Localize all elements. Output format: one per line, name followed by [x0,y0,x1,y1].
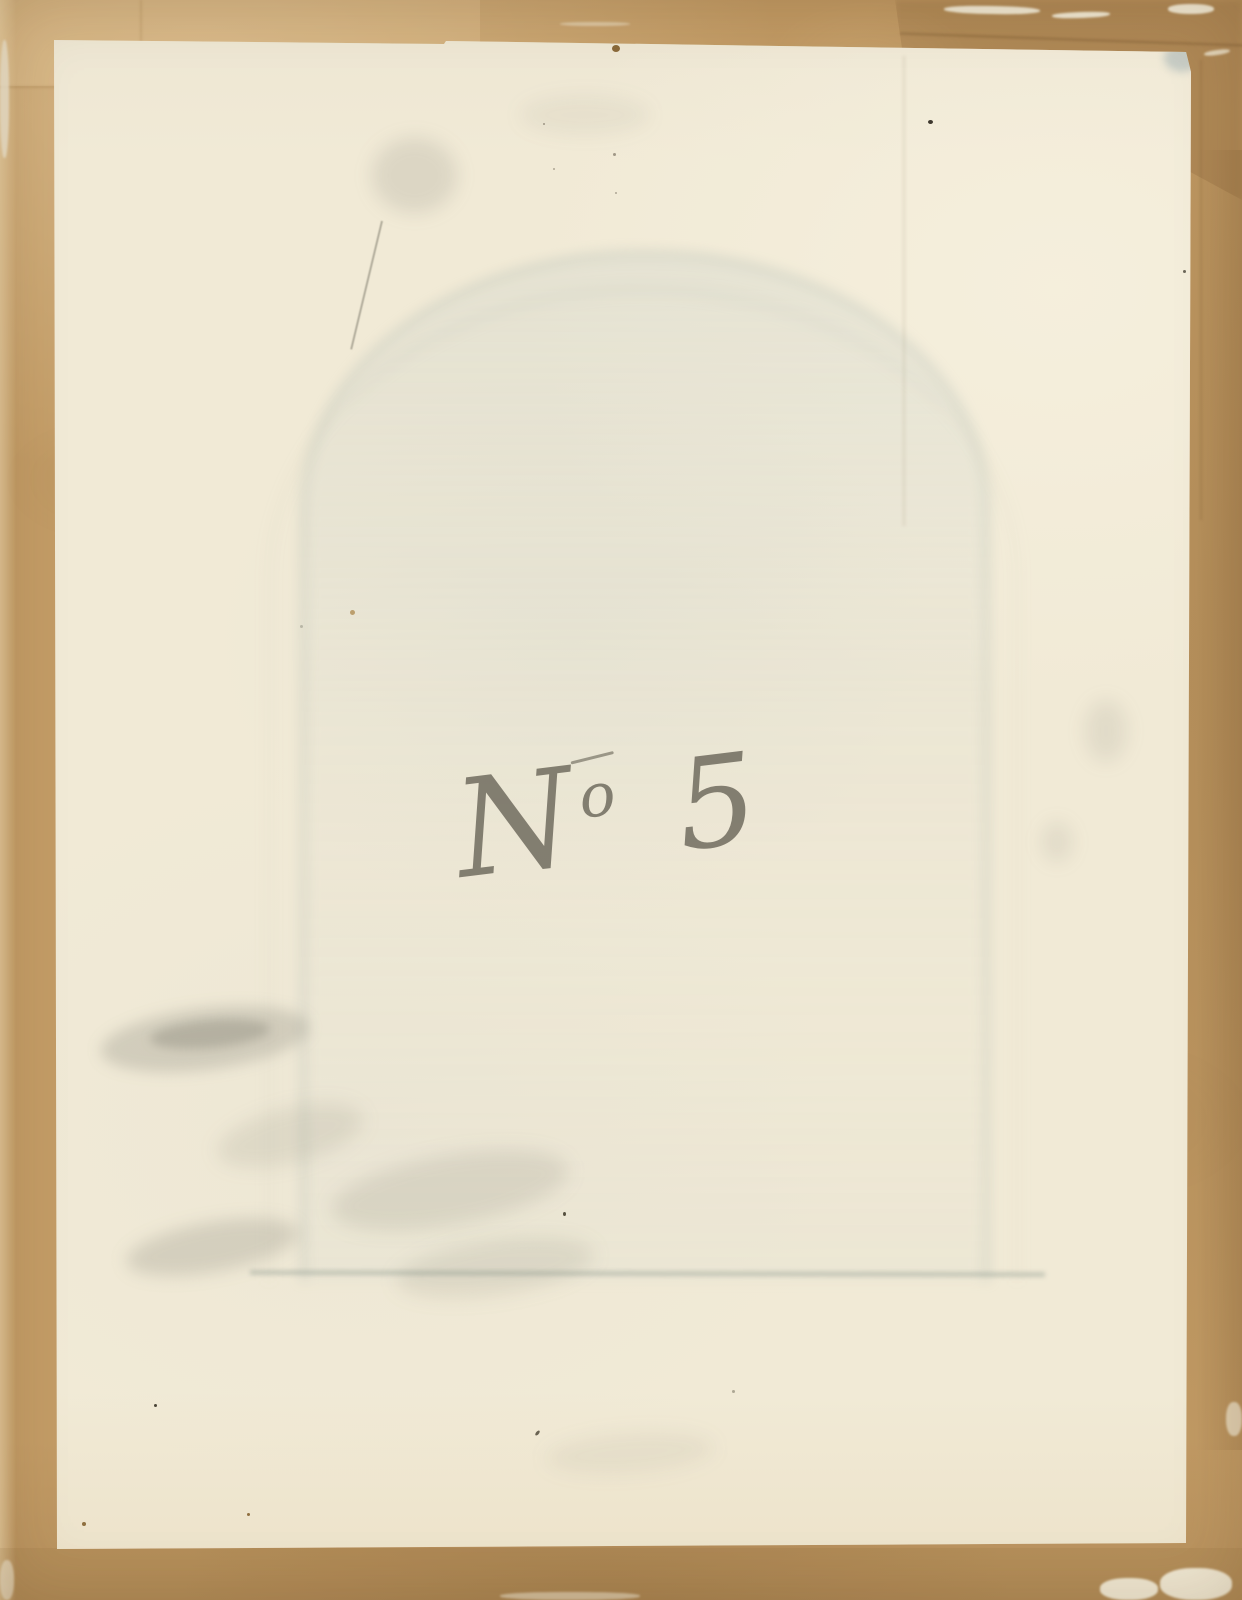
graphite-smudge [520,95,650,135]
paper-speck [300,625,303,628]
scanned-print-verso: No5 [0,0,1242,1600]
edge-tear [944,5,1040,15]
edge-tear [1204,48,1230,57]
foxing-spot [82,1522,86,1526]
board-seam [1200,60,1202,520]
board-shading-bottom [0,1548,1242,1600]
paper-speck [553,168,555,170]
paper-speck [612,45,620,52]
edge-tear [500,1592,640,1600]
paper-speck [613,153,616,156]
graphite-smudge [1085,700,1127,762]
paper-speck [154,1404,157,1407]
paper-speck [732,1390,735,1393]
inscription-prefix: N [447,739,583,909]
paper-speck [563,1212,566,1216]
paper-speck [534,1430,540,1437]
foxing-spot [350,610,355,615]
edge-tear [1226,1402,1242,1436]
graphite-smudge [372,138,457,213]
graphite-smudge [1042,822,1072,862]
edge-tear [560,22,630,26]
foxing-spot [247,1513,250,1516]
edge-tear [1160,1568,1232,1600]
paper-speck [1183,270,1186,273]
edge-tear [1052,11,1110,19]
paper-speck [615,192,617,194]
board-shading-right [1196,150,1242,1450]
pencil-stroke [350,221,383,350]
board-seam [900,32,1242,47]
inscription-ordinal-group: o [576,764,619,828]
paper-sheet: No5 [0,0,1242,1600]
inscription-ordinal: o [575,759,619,833]
edge-tear [1168,4,1214,14]
paper-speck [928,120,933,124]
paper-crease [903,56,905,526]
board-light-edge [0,0,16,1600]
edge-tear [0,1560,14,1600]
edge-tear [0,40,9,158]
edge-tear [1100,1578,1158,1600]
handwritten-inscription: No5 [448,727,764,898]
paper-speck [543,123,545,125]
graphite-smudge [544,1426,717,1480]
